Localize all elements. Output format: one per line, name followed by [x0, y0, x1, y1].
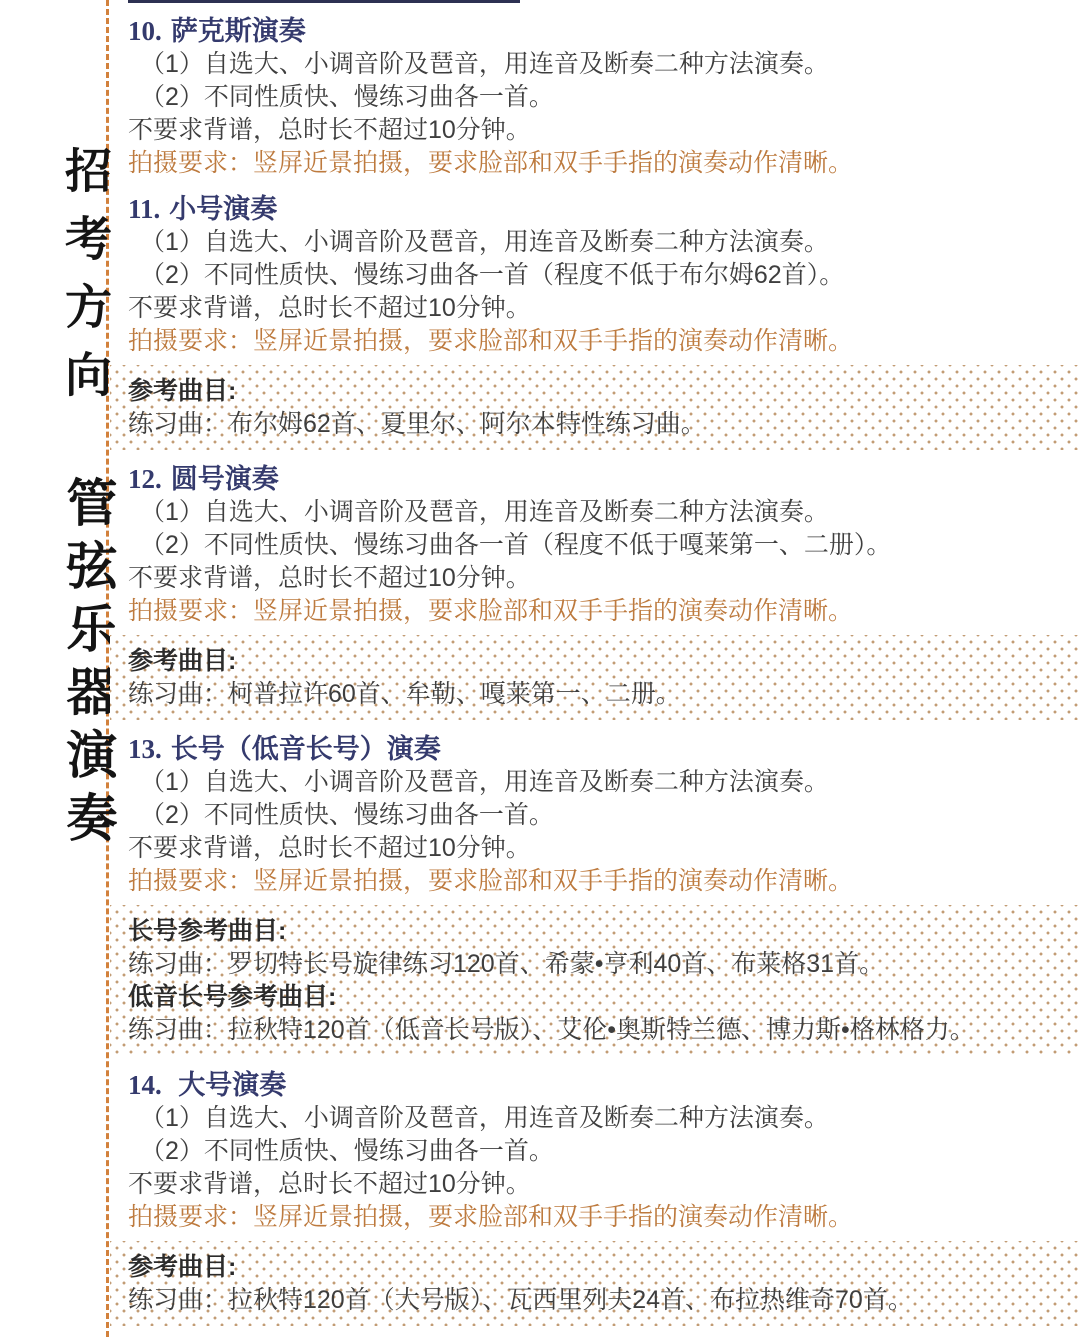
reference-text: 练习曲：柯普拉许60首、牟勒、嘎莱第一、二册。 — [128, 678, 1070, 711]
note-line: 不要求背谱，总时长不超过10分钟。 — [128, 292, 1080, 325]
note-line: 不要求背谱，总时长不超过10分钟。 — [128, 114, 1080, 147]
section-title: 萨克斯演奏 — [171, 16, 306, 46]
requirement-item: （2）不同性质快、慢练习曲各一首。 — [128, 81, 1080, 114]
note-line: 不要求背谱，总时长不超过10分钟。 — [128, 562, 1080, 595]
filming-requirement: 拍摄要求：竖屏近景拍摄，要求脸部和双手手指的演奏动作清晰。 — [128, 595, 1080, 628]
reference-text: 练习曲：罗切特长号旋律练习120首、希蒙•亨利40首、布莱格31首。 — [128, 948, 1070, 981]
section-number: 10. — [128, 16, 162, 46]
filming-requirement: 拍摄要求：竖屏近景拍摄，要求脸部和双手手指的演奏动作清晰。 — [128, 1201, 1080, 1234]
requirement-item: （2）不同性质快、慢练习曲各一首。 — [128, 799, 1080, 832]
section-title: 大号演奏 — [171, 1070, 287, 1100]
section-saxophone: 10.萨克斯演奏 （1）自选大、小调音阶及琶音，用连音及断奏二种方法演奏。 （2… — [110, 14, 1080, 180]
reference-box-trombone: 长号参考曲目: 练习曲：罗切特长号旋律练习120首、希蒙•亨利40首、布莱格31… — [110, 905, 1080, 1056]
section-tuba: 14. 大号演奏 （1）自选大、小调音阶及琶音，用连音及断奏二种方法演奏。 （2… — [110, 1068, 1080, 1234]
requirement-item: （2）不同性质快、慢练习曲各一首（程度不低于嘎莱第一、二册）。 — [128, 529, 1080, 562]
content-column: 10.萨克斯演奏 （1）自选大、小调音阶及琶音，用连音及断奏二种方法演奏。 （2… — [110, 0, 1080, 1326]
reference-label: 参考曲目: — [128, 375, 1070, 408]
requirement-item: （1）自选大、小调音阶及琶音，用连音及断奏二种方法演奏。 — [128, 1102, 1080, 1135]
reference-label: 参考曲目: — [128, 1251, 1070, 1284]
reference-box-tuba: 参考曲目: 练习曲：拉秋特120首（大号版）、瓦西里列夫24首、布拉热维奇70首… — [110, 1241, 1080, 1326]
requirement-item: （1）自选大、小调音阶及琶音，用连音及断奏二种方法演奏。 — [128, 766, 1080, 799]
sidebar-label-recruitment-direction: 招考方向 — [52, 146, 119, 418]
reference-box-trumpet: 参考曲目: 练习曲：布尔姆62首、夏里尔、阿尔本特性练习曲。 — [110, 365, 1080, 450]
section-number: 12. — [128, 464, 162, 494]
reference-label: 低音长号参考曲目: — [128, 981, 1070, 1014]
section-heading: 13.长号（低音长号）演奏 — [128, 732, 1080, 766]
exam-requirements-page: 招考方向 管弦乐器演奏 10.萨克斯演奏 （1）自选大、小调音阶及琶音，用连音及… — [0, 0, 1080, 1337]
requirement-item: （2）不同性质快、慢练习曲各一首（程度不低于布尔姆62首）。 — [128, 259, 1080, 292]
section-number: 11. — [128, 194, 160, 224]
note-line: 不要求背谱，总时长不超过10分钟。 — [128, 832, 1080, 865]
note-line: 不要求背谱，总时长不超过10分钟。 — [128, 1168, 1080, 1201]
reference-box-french-horn: 参考曲目: 练习曲：柯普拉许60首、牟勒、嘎莱第一、二册。 — [110, 635, 1080, 720]
section-number: 13. — [128, 734, 162, 764]
section-heading: 14. 大号演奏 — [128, 1068, 1080, 1102]
filming-requirement: 拍摄要求：竖屏近景拍摄，要求脸部和双手手指的演奏动作清晰。 — [128, 325, 1080, 358]
requirement-item: （1）自选大、小调音阶及琶音，用连音及断奏二种方法演奏。 — [128, 226, 1080, 259]
section-french-horn: 12.圆号演奏 （1）自选大、小调音阶及琶音，用连音及断奏二种方法演奏。 （2）… — [110, 462, 1080, 628]
requirement-item: （1）自选大、小调音阶及琶音，用连音及断奏二种方法演奏。 — [128, 48, 1080, 81]
section-heading: 12.圆号演奏 — [128, 462, 1080, 496]
filming-requirement: 拍摄要求：竖屏近景拍摄，要求脸部和双手手指的演奏动作清晰。 — [128, 147, 1080, 180]
section-title: 圆号演奏 — [171, 464, 279, 494]
reference-text: 练习曲：拉秋特120首（低音长号版）、艾伦•奥斯特兰德、博力斯•格林格力。 — [128, 1014, 1070, 1047]
section-title: 长号（低音长号）演奏 — [171, 734, 441, 764]
section-title: 小号演奏 — [169, 194, 277, 224]
section-trumpet: 11.小号演奏 （1）自选大、小调音阶及琶音，用连音及断奏二种方法演奏。 （2）… — [110, 192, 1080, 358]
section-heading: 10.萨克斯演奏 — [128, 14, 1080, 48]
section-heading: 11.小号演奏 — [128, 192, 1080, 226]
reference-label: 参考曲目: — [128, 645, 1070, 678]
section-trombone: 13.长号（低音长号）演奏 （1）自选大、小调音阶及琶音，用连音及断奏二种方法演… — [110, 732, 1080, 898]
reference-label: 长号参考曲目: — [128, 915, 1070, 948]
reference-text: 练习曲：布尔姆62首、夏里尔、阿尔本特性练习曲。 — [128, 408, 1070, 441]
filming-requirement: 拍摄要求：竖屏近景拍摄，要求脸部和双手手指的演奏动作清晰。 — [128, 865, 1080, 898]
reference-text: 练习曲：拉秋特120首（大号版）、瓦西里列夫24首、布拉热维奇70首。 — [128, 1284, 1070, 1317]
requirement-item: （1）自选大、小调音阶及琶音，用连音及断奏二种方法演奏。 — [128, 496, 1080, 529]
requirement-item: （2）不同性质快、慢练习曲各一首。 — [128, 1135, 1080, 1168]
section-number: 14. — [128, 1070, 162, 1100]
